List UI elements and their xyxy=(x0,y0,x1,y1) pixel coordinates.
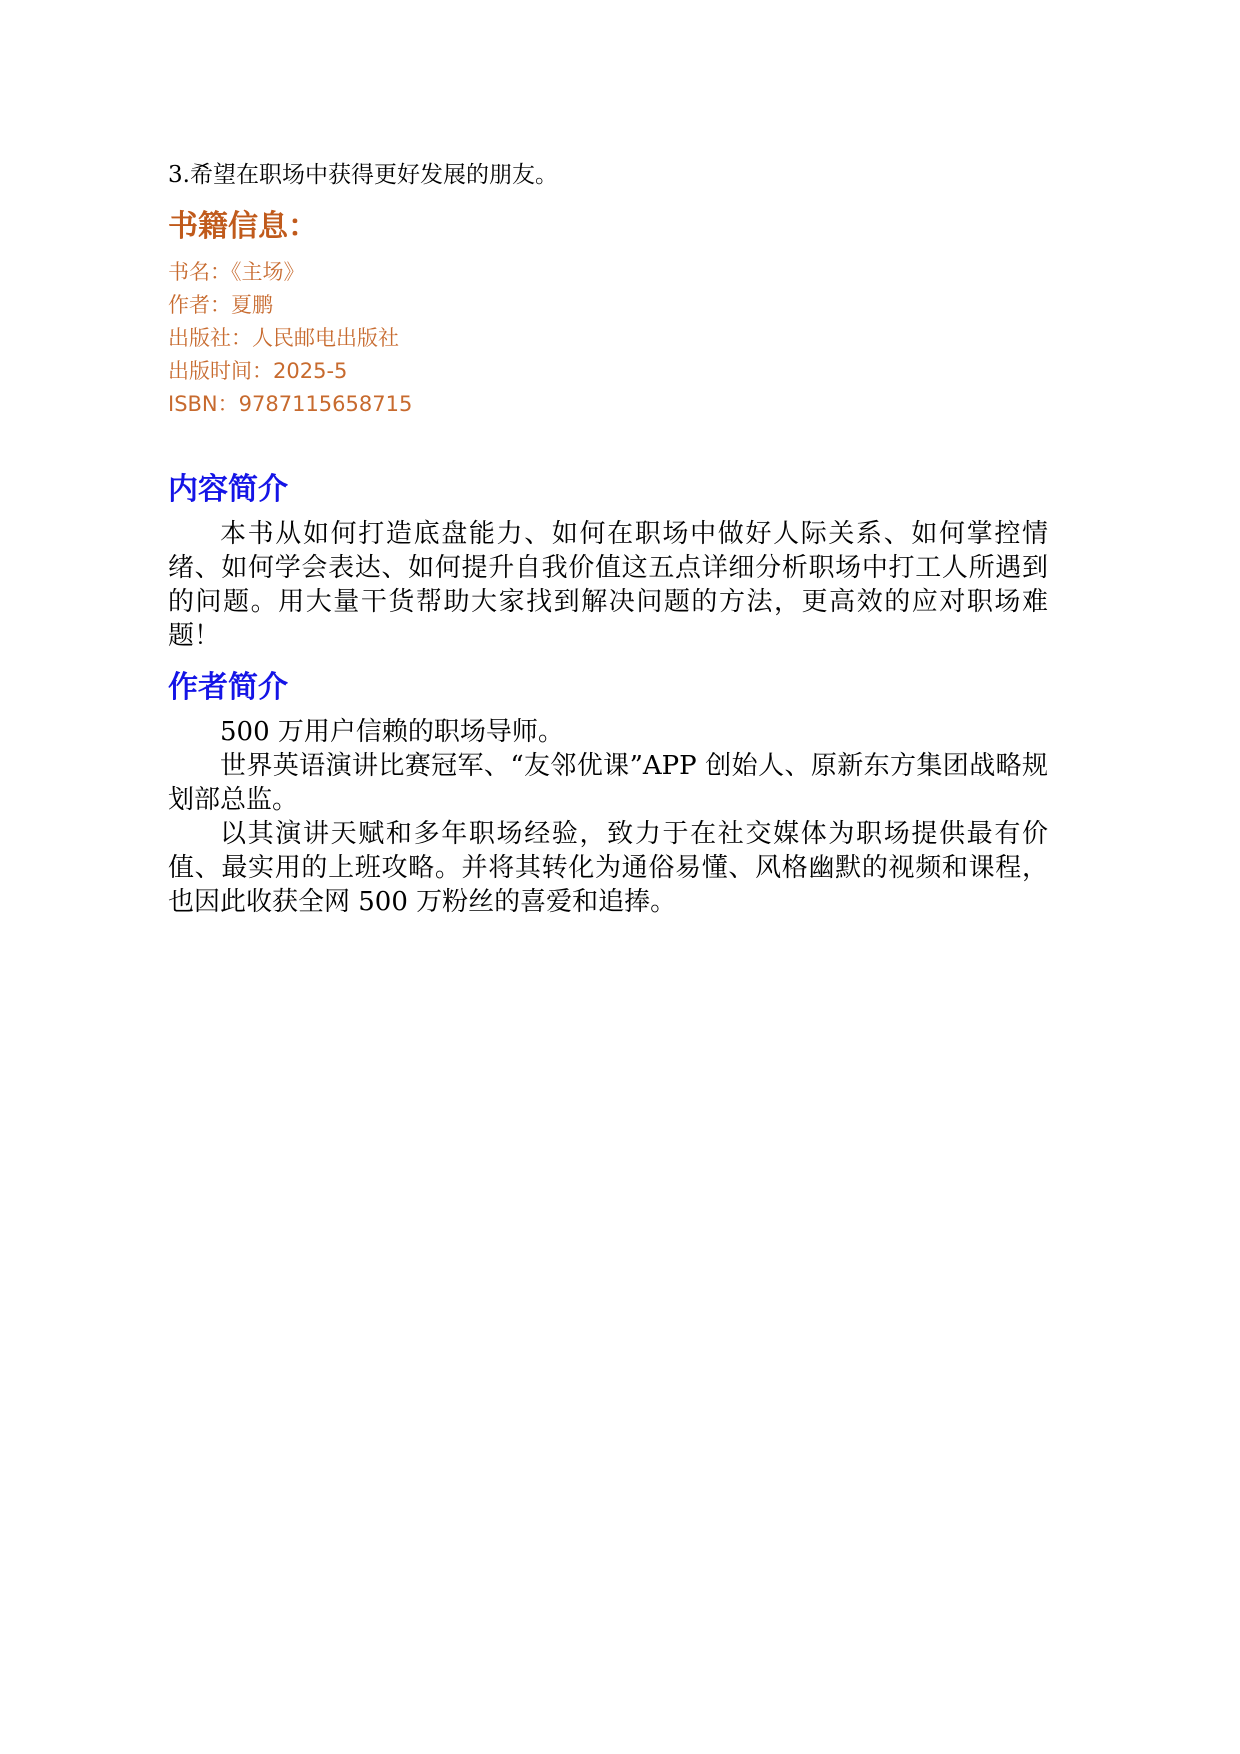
author-paragraph-career: 以其演讲天赋和多年职场经验，致力于在社交媒体为职场提供最有价值、最实用的上班攻略… xyxy=(168,817,1048,919)
intro-line: 3.希望在职场中获得更好发展的朋友。 xyxy=(168,0,1048,190)
document-content: 3.希望在职场中获得更好发展的朋友。 书籍信息： 书名：《主场》 作者：夏鹏 出… xyxy=(0,0,1240,919)
book-info-line-publisher: 出版社：人民邮电出版社 xyxy=(168,322,1048,355)
book-info-list: 书名：《主场》 作者：夏鹏 出版社：人民邮电出版社 出版时间：2025-5 IS… xyxy=(168,256,1048,421)
document-page: 3.希望在职场中获得更好发展的朋友。 书籍信息： 书名：《主场》 作者：夏鹏 出… xyxy=(0,0,1240,1754)
content-intro-paragraph: 本书从如何打造底盘能力、如何在职场中做好人际关系、如何掌控情绪、如何学会表达、如… xyxy=(168,517,1048,653)
author-intro-heading: 作者简介 xyxy=(168,669,1048,707)
book-info-line-title: 书名：《主场》 xyxy=(168,256,1048,289)
content-intro-heading: 内容简介 xyxy=(168,471,1048,509)
book-info-line-pubdate: 出版时间：2025-5 xyxy=(168,355,1048,388)
author-intro-paragraphs: 500 万用户信赖的职场导师。 世界英语演讲比赛冠军、“友邻优课”APP 创始人… xyxy=(168,715,1048,919)
book-info-heading: 书籍信息： xyxy=(168,208,1048,246)
book-info-line-isbn: ISBN：9787115658715 xyxy=(168,388,1048,421)
author-paragraph-titles: 世界英语演讲比赛冠军、“友邻优课”APP 创始人、原新东方集团战略规划部总监。 xyxy=(168,749,1048,817)
book-info-line-author: 作者：夏鹏 xyxy=(168,289,1048,322)
author-paragraph-users: 500 万用户信赖的职场导师。 xyxy=(168,715,1048,749)
